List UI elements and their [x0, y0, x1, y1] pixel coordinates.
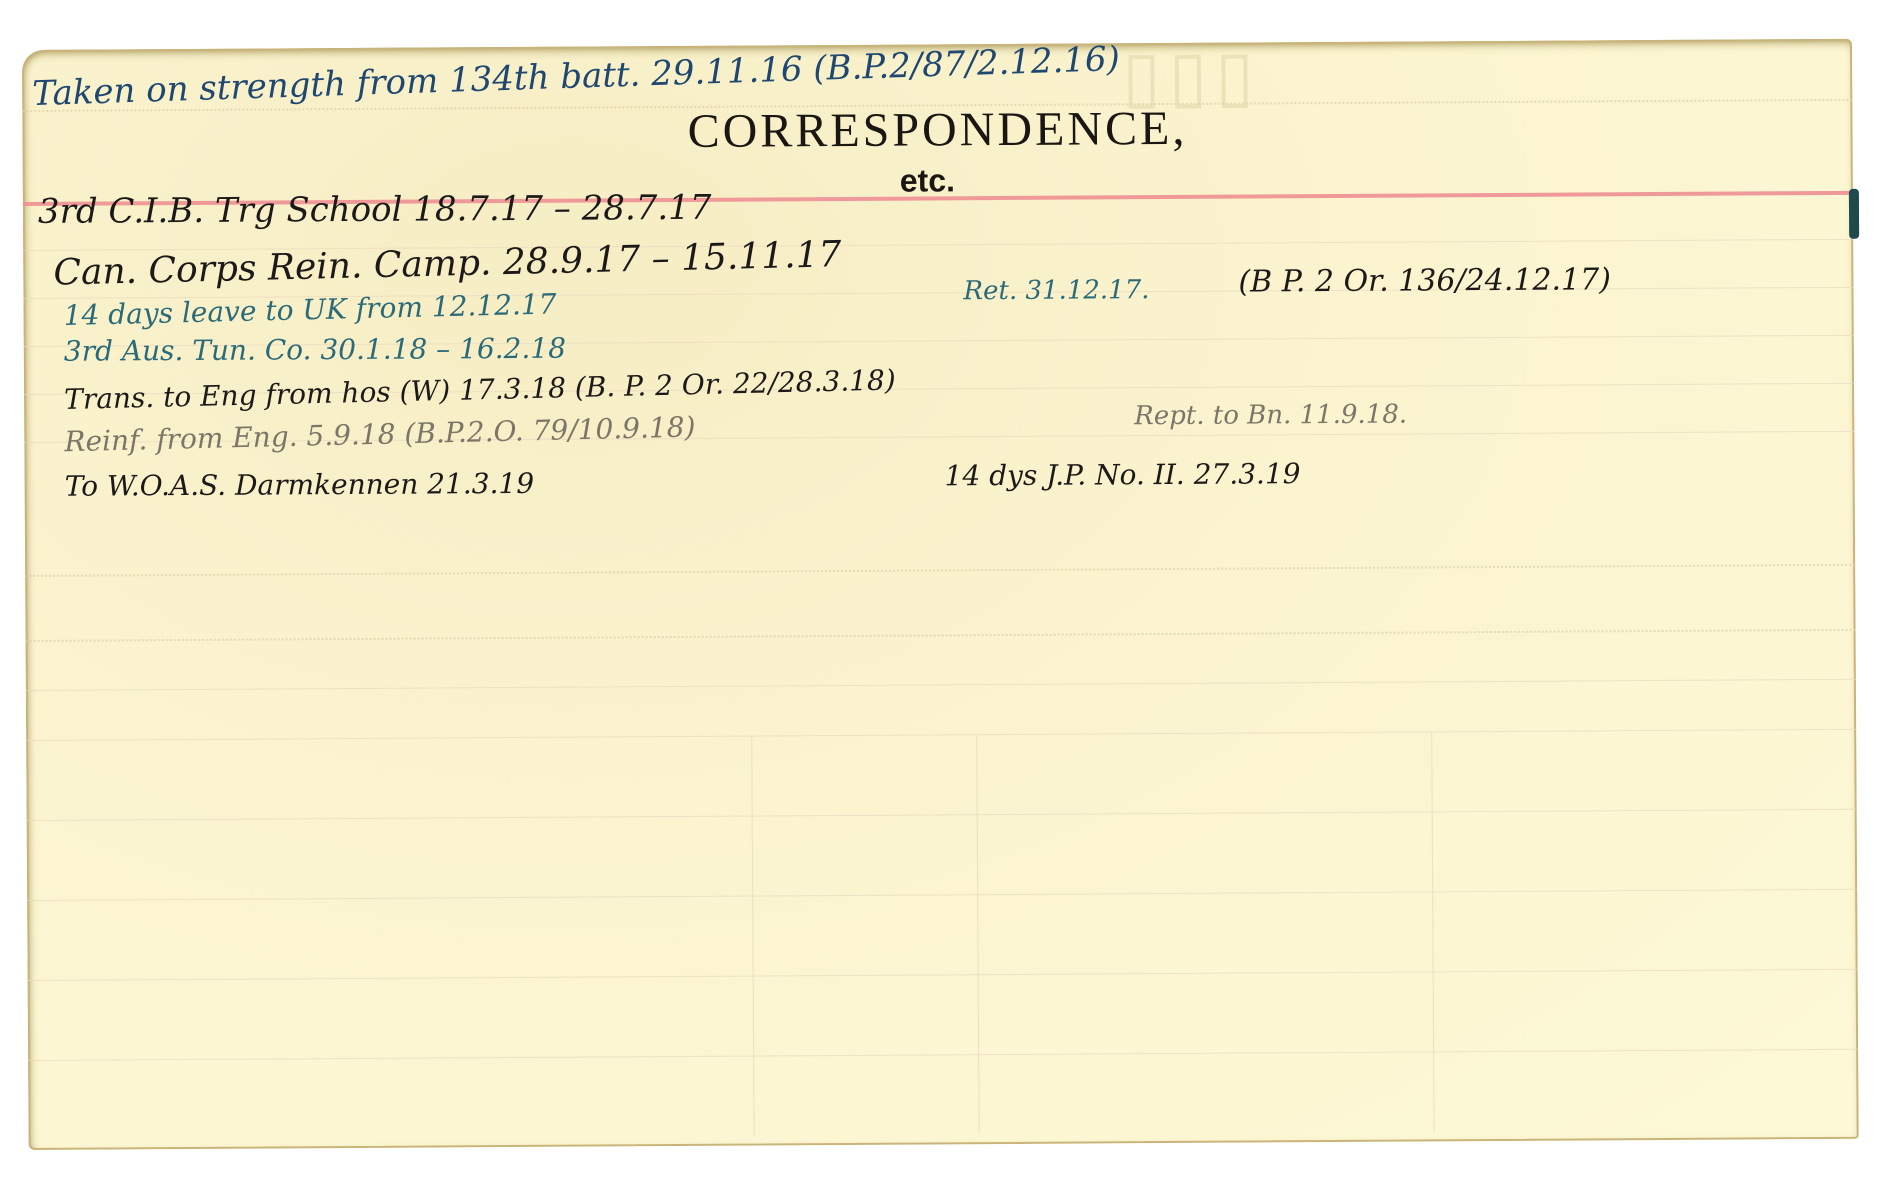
column-rule	[1431, 731, 1434, 1131]
ruled-line	[26, 729, 1856, 741]
entry-training-school: 3rd C.I.B. Trg School 18.7.17 – 28.7.17	[38, 188, 712, 232]
ruled-line	[28, 969, 1858, 981]
dotted-rule	[26, 629, 1856, 642]
record-card: ▯▯▯ CORRESPONDENCE, etc. Taken on streng…	[22, 39, 1859, 1150]
ruled-line	[26, 679, 1856, 691]
ruled-line	[27, 809, 1857, 821]
entry-transfer-england: Trans. to Eng from hos (W) 17.3.18 (B. P…	[64, 363, 896, 416]
edge-ink-mark	[1849, 189, 1859, 239]
entry-reinforcement-from-england: Reinf. from Eng. 5.9.18 (B.P.2.O. 79/10.…	[64, 410, 696, 458]
entry-reinforcement-camp: Can. Corps Rein. Camp. 28.9.17 – 15.11.1…	[53, 234, 842, 294]
entry-leave-return: Ret. 31.12.17.	[963, 275, 1149, 306]
column-rule	[976, 734, 979, 1134]
column-rule	[751, 736, 754, 1136]
entry-woas: To W.O.A.S. Darmkennen 21.3.19	[65, 467, 535, 503]
card-heading: CORRESPONDENCE,	[22, 97, 1852, 163]
entry-leave-paris: 14 dys J.P. No. II. 27.3.19	[945, 457, 1301, 492]
entry-leave-uk: 14 days leave to UK from 12.12.17	[63, 287, 557, 332]
ruled-line	[27, 889, 1857, 901]
entry-reported-to-battalion: Rept. to Bn. 11.9.18.	[1134, 400, 1407, 432]
entry-tunnelling-company: 3rd Aus. Tun. Co. 30.1.18 – 16.2.18	[64, 332, 566, 368]
card-heading-sub: etc.	[900, 162, 955, 199]
entry-leave-reference: (B P. 2 Or. 136/24.12.17)	[1238, 262, 1611, 299]
dotted-rule	[25, 564, 1855, 577]
ruled-line	[28, 1049, 1858, 1061]
